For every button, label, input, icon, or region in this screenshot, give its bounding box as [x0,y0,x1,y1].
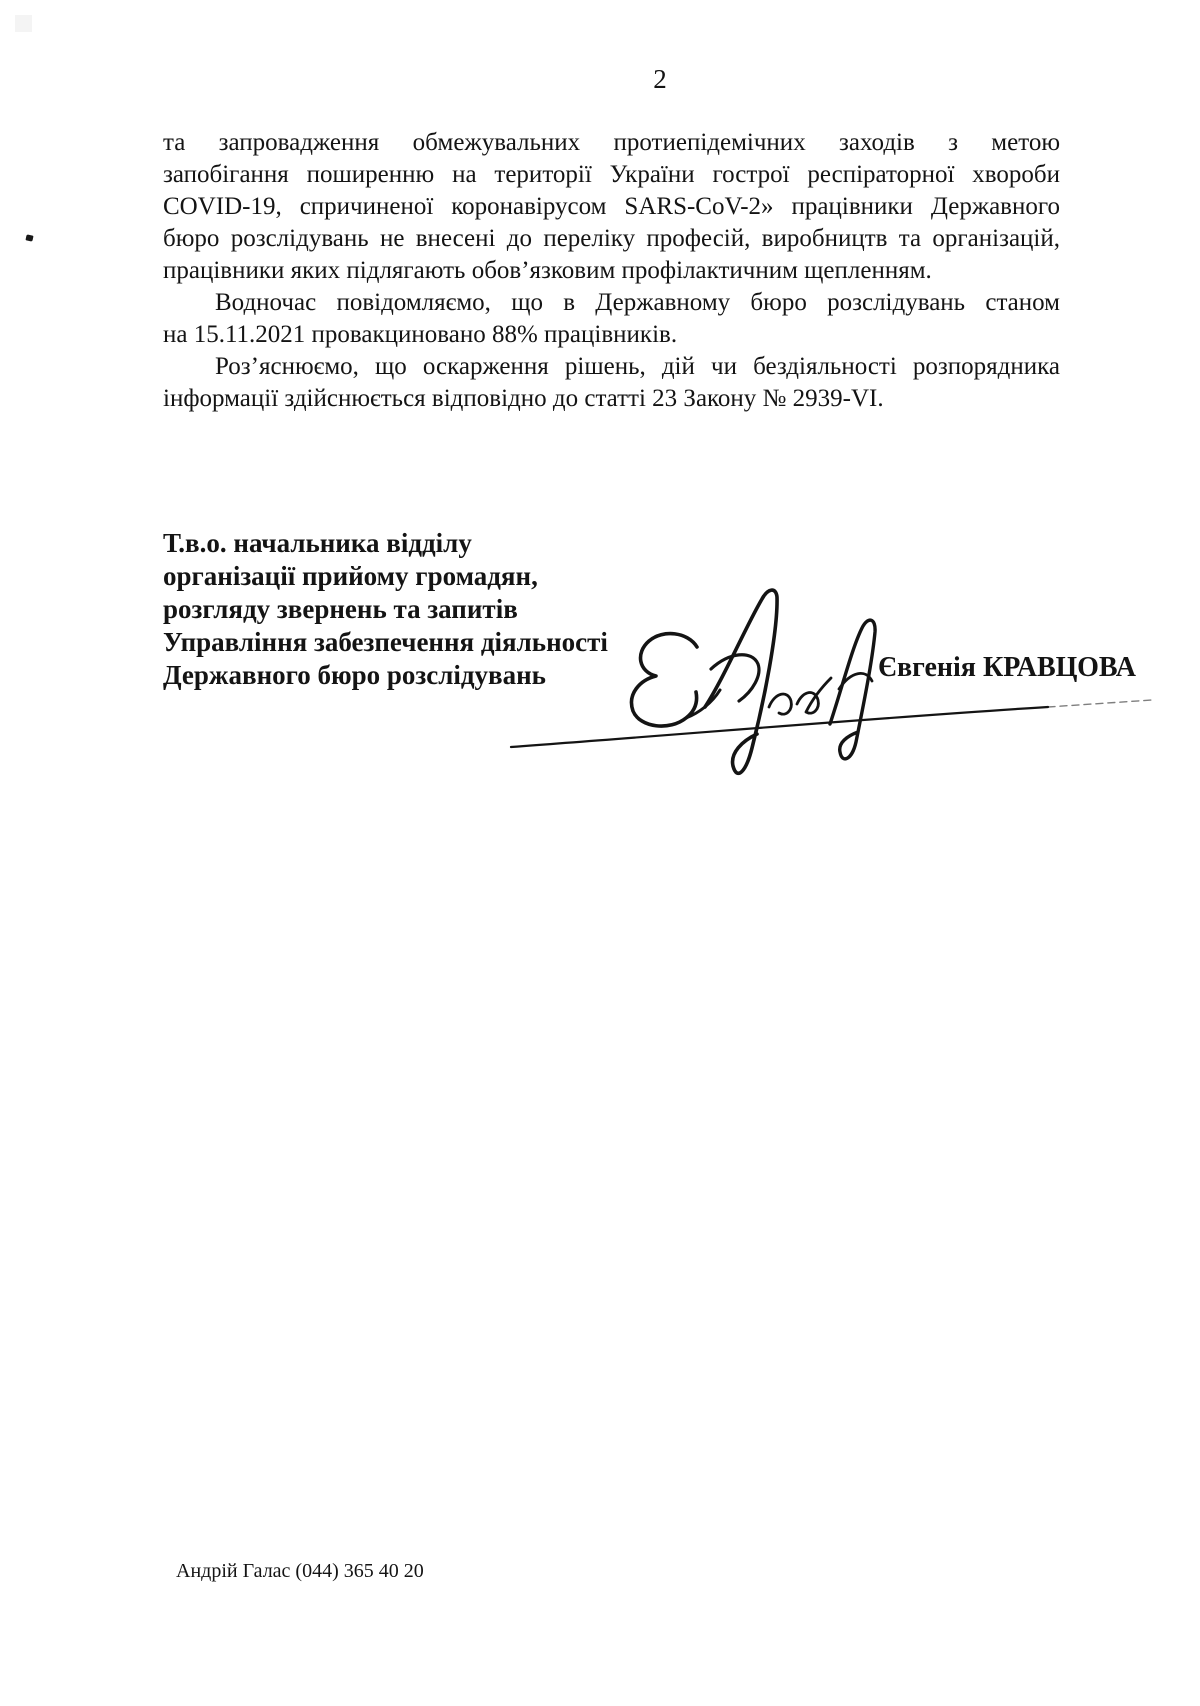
body-line: Роз’яснюємо, що оскарження рішень, дій ч… [163,351,1060,383]
body-text: та запровадження обмежувальних протиепід… [163,127,1060,415]
body-line: працівники яких підлягають обов’язковим … [163,255,1060,287]
body-line: Водночас повідомляємо, що в Державному б… [163,287,1060,319]
scan-speck [25,234,33,241]
body-line: запобігання поширенню на території Украї… [163,159,1060,191]
body-line: на 15.11.2021 провакциновано 88% працівн… [163,319,1060,351]
body-line: COVID-19, спричиненої коронавірусом SARS… [163,191,1060,223]
signer-name: Євгенія КРАВЦОВА [878,652,1136,684]
body-line: бюро розслідувань не внесені до переліку… [163,223,1060,255]
executor-contact: Андрій Галас (044) 365 40 20 [176,1560,424,1583]
scan-smudge [15,15,32,32]
document-page: 2 та запровадження обмежувальних протиеп… [0,0,1200,1706]
body-line: інформації здійснюється відповідно до ст… [163,383,1060,415]
body-line: та запровадження обмежувальних протиепід… [163,127,1060,159]
page-number: 2 [600,64,720,95]
